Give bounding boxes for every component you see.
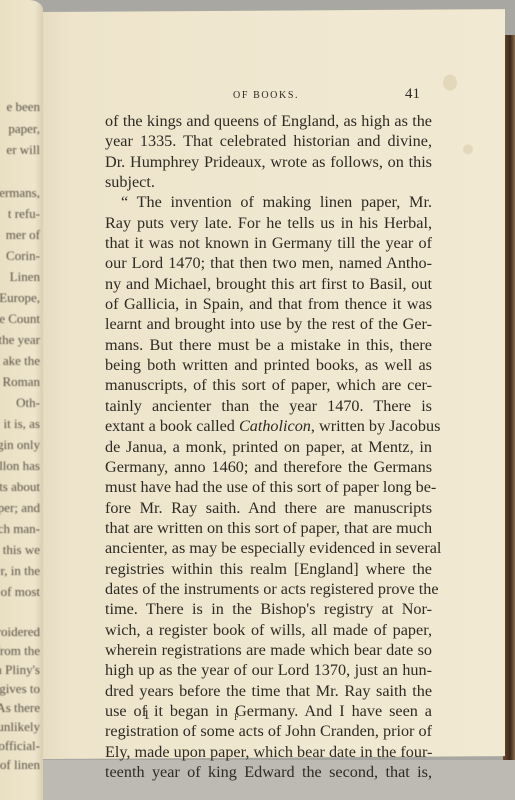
facing-page-text-fragment: ripts about — [0, 479, 40, 495]
facing-page-text-fragment: ermans, — [0, 185, 40, 201]
facing-page-text-fragment: the official- — [0, 738, 40, 754]
facing-page-text-fragment: sts of most — [0, 584, 40, 600]
text-line: Germany, anno 1460; and therefore the Ge… — [105, 457, 432, 477]
facing-page-text-fragment: he gives to — [0, 681, 40, 697]
facing-page-text-fragment: s. As there — [0, 700, 40, 716]
facing-page-text-fragment: f, this we — [0, 542, 40, 558]
text-line: Ray puts very late. For he tells us in h… — [105, 213, 432, 233]
text-line: time. There is in the Bishop's registry … — [105, 599, 432, 619]
text-line: Dr. Humphrey Prideaux, wrote as follows,… — [105, 152, 432, 172]
facing-page-text-fragment: e Count — [0, 311, 40, 327]
text-line: registration of some acts of John Crande… — [105, 721, 432, 741]
facing-page-text-fragment: aper; and — [0, 500, 40, 516]
italic-title: Catholicon — [239, 417, 311, 435]
text-line: fore Mr. Ray saith. And there are manusc… — [105, 498, 432, 518]
text-line: high up as the year of our Lord 1370, ju… — [105, 660, 432, 680]
text-line: being both written and printed books, as… — [105, 355, 432, 375]
facing-page-text-fragment: t refu- — [8, 206, 40, 222]
facing-page-text-fragment: it is, as — [4, 416, 40, 432]
facing-page-text-fragment: mer of — [6, 227, 40, 243]
facing-page-text-fragment: Roman — [2, 374, 40, 390]
text-line: mans. But there must be a mistake in thi… — [105, 335, 432, 355]
facing-page-text-fragment: illon has — [0, 458, 40, 474]
facing-page-text-fragment: gin of linen — [0, 757, 40, 773]
text-line: year 1335. That celebrated historian and… — [105, 131, 432, 151]
facing-page-text-fragment: paper, — [8, 121, 40, 137]
text-line: “ The invention of making linen paper, M… — [105, 192, 432, 212]
text-line: must have had the use of this sort of pa… — [105, 477, 432, 497]
text-line: wich, a register book of wills, all made… — [105, 620, 432, 640]
text-line: of Gallicia, in Spain, and that from the… — [105, 294, 432, 314]
text-line: ancienter, as may be especially evidence… — [105, 538, 432, 558]
facing-page-text-fragment: aper, in the — [0, 563, 40, 579]
facing-page-text-fragment: er will — [6, 142, 40, 158]
text-line: of the kings and queens of England, as h… — [105, 111, 432, 131]
text-line: tainly ancienter than the year 1470. The… — [105, 396, 432, 416]
facing-page-text-fragment: embroidered — [0, 624, 40, 640]
body-text: of the kings and queens of England, as h… — [105, 111, 432, 782]
text-line: wherein registrations are made which bea… — [105, 640, 432, 660]
foxing-spot — [463, 144, 473, 154]
facing-page-text-fragment: Corin- — [6, 248, 40, 264]
facing-page-text-fragment: not unlikely — [0, 719, 40, 735]
facing-page-text-fragment: ade from the — [0, 643, 40, 659]
text-line: ny and Michael, brought this art first t… — [105, 274, 432, 294]
text-line: registries within this realm [England] w… — [105, 559, 432, 579]
text-line: use of it began in Germany. And I have s… — [105, 701, 432, 721]
text-line: Ely, made upon paper, which bear date in… — [105, 742, 432, 762]
facing-page-text-fragment: gin only — [0, 437, 40, 453]
foxing-spot — [443, 74, 457, 90]
text-line: that it was not known in Germany till th… — [105, 233, 432, 253]
text-line: learnt and brought into use by the rest … — [105, 314, 432, 334]
facing-page-text-fragment: ake the — [3, 353, 40, 369]
text-line: our Lord 1470; that then two men, named … — [105, 253, 432, 273]
signature-letter: F — [234, 712, 239, 722]
facing-page-text-fragment: ith, in Pliny's — [0, 662, 40, 678]
facing-page-edge: e beenpaper,er willermans,t refu-mer ofC… — [0, 0, 43, 800]
facing-page-text-fragment: such man- — [0, 521, 40, 537]
text-line: extant a book called Catholicon, written… — [105, 416, 432, 436]
facing-page-text-fragment: e been — [6, 99, 40, 115]
page-number: 41 — [405, 86, 420, 103]
facing-page-text-fragment: Europe, — [0, 290, 40, 306]
text-line: dates of the instruments or acts registe… — [105, 579, 432, 599]
facing-page-text-fragment: the year — [0, 332, 40, 348]
facing-page-text-fragment: Linen — [10, 269, 40, 285]
text-line: manuscripts, of this sort of paper, whic… — [105, 375, 432, 395]
text-line: that are written on this sort of paper, … — [105, 518, 432, 538]
text-line: dred years before the time that Mr. Ray … — [105, 681, 432, 701]
text-line: teenth year of king Edward the second, t… — [105, 762, 432, 782]
facing-page-text-fragment: Oth- — [16, 395, 40, 411]
text-line: subject. — [105, 172, 432, 192]
signature-number: 1 — [143, 708, 150, 724]
running-head: OF BOOKS. — [233, 90, 299, 101]
text-line: de Janua, a monk, printed on paper, at M… — [105, 437, 432, 457]
